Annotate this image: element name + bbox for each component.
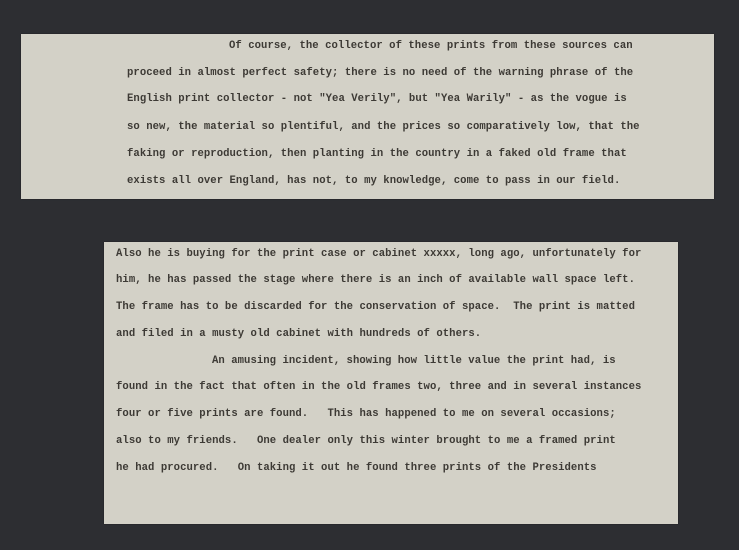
text-line: found in the fact that often in the old … <box>116 380 641 394</box>
text-line: also to my friends. One dealer only this… <box>116 434 616 448</box>
text-line: proceed in almost perfect safety; there … <box>127 66 633 80</box>
text-line: he had procured. On taking it out he fou… <box>116 461 597 475</box>
text-line: him, he has passed the stage where there… <box>116 273 635 287</box>
text-line: Also he is buying for the print case or … <box>116 247 641 261</box>
document-slip-top: Of course, the collector of these prints… <box>21 34 714 199</box>
text-line: four or five prints are found. This has … <box>116 407 616 421</box>
document-slip-bottom: Also he is buying for the print case or … <box>104 242 678 524</box>
text-line: An amusing incident, showing how little … <box>212 354 616 368</box>
text-line: Of course, the collector of these prints… <box>229 39 633 53</box>
text-line: and filed in a musty old cabinet with hu… <box>116 327 481 341</box>
text-line: faking or reproduction, then planting in… <box>127 147 627 161</box>
text-line: so new, the material so plentiful, and t… <box>127 120 640 134</box>
text-line: exists all over England, has not, to my … <box>127 174 620 188</box>
text-line: English print collector - not "Yea Veril… <box>127 92 627 106</box>
text-line: The frame has to be discarded for the co… <box>116 300 635 314</box>
